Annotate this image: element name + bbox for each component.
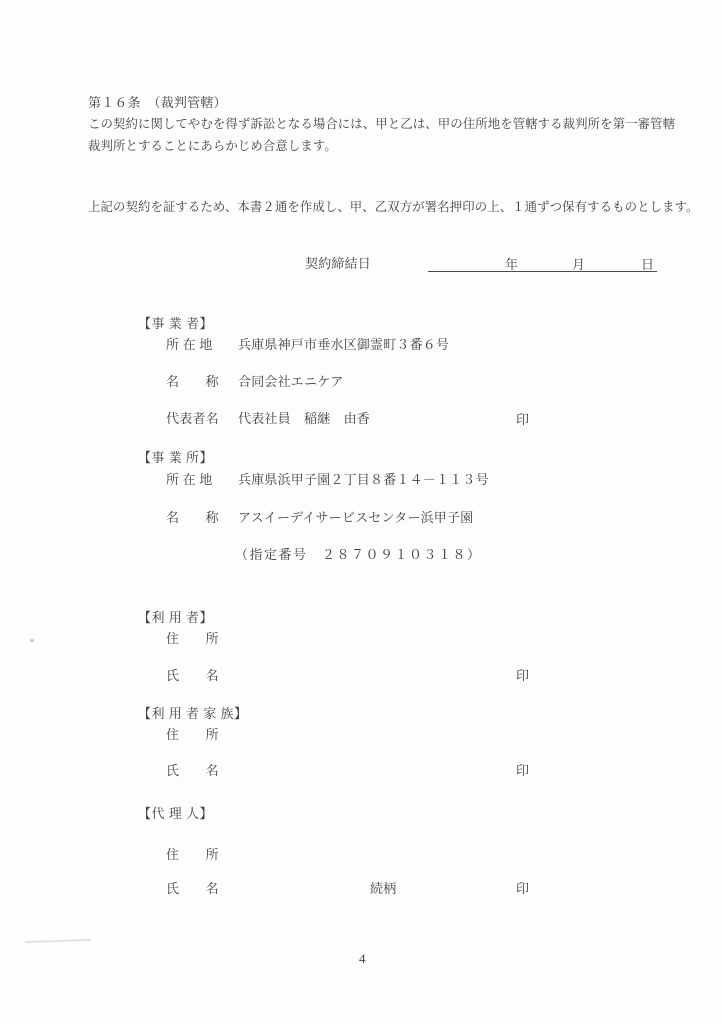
agent-section-title: 【代 理 人】 [138, 806, 213, 822]
contract-document-page: 第１６条 （裁判管轄） この契約に関してやむを得ず訴訟となる場合には、甲と乙は、… [0, 0, 723, 1024]
day-label: 日 [641, 254, 654, 273]
closing-statement: 上記の契約を証するため、本書２通を作成し、甲、乙双方が署名押印の上、１通ずつ保有… [88, 200, 699, 216]
office-section-title: 【事 業 所】 [138, 450, 213, 466]
provider-name-label: 名 称 [166, 374, 219, 390]
execution-date-label: 契約締結日 [305, 256, 371, 272]
scan-speck [30, 639, 34, 642]
article-heading: 第１６条 （裁判管轄） [88, 95, 227, 111]
scan-smudge [25, 939, 91, 943]
office-name-value: アスイーデイサービスセンター浜甲子園 [238, 510, 473, 526]
user-family-address-label: 住 所 [166, 727, 219, 743]
user-section-title: 【利 用 者】 [138, 610, 213, 626]
year-label: 年 [505, 254, 518, 273]
user-family-section-title: 【利 用 者 家 族】 [138, 706, 248, 722]
user-address-label: 住 所 [166, 631, 219, 647]
month-label: 月 [572, 254, 585, 273]
user-seal-mark: 印 [516, 668, 529, 684]
article-body-line-2: 裁判所とすることにあらかじめ合意します。 [88, 139, 337, 155]
agent-seal-mark: 印 [516, 881, 529, 897]
provider-seal-mark: 印 [516, 412, 529, 428]
provider-address-value: 兵庫県神戸市垂水区御霊町３番６号 [238, 337, 449, 353]
agent-name-label: 氏 名 [166, 881, 219, 897]
page-number: 4 [359, 951, 366, 967]
provider-representative-value: 代表社員 稲継 由香 [238, 411, 370, 427]
user-family-seal-mark: 印 [516, 763, 529, 779]
office-address-label: 所 在 地 [166, 472, 213, 488]
agent-relationship-label: 続柄 [370, 881, 396, 897]
office-address-value: 兵庫県浜甲子園２丁目８番１４－１１３号 [238, 472, 489, 488]
provider-address-label: 所 在 地 [166, 337, 213, 353]
office-designation-number: （指定番号 ２８７０９１０３１８） [235, 547, 482, 563]
user-family-name-label: 氏 名 [166, 763, 219, 779]
office-name-label: 名 称 [166, 510, 219, 526]
article-body-line-1: この契約に関してやむを得ず訴訟となる場合には、甲と乙は、甲の住所地を管轄する裁判… [88, 117, 675, 133]
provider-name-value: 合同会社エニケア [238, 374, 344, 390]
provider-section-title: 【事 業 者】 [138, 316, 213, 332]
execution-date-blank-line: 年 月 日 [428, 252, 657, 272]
agent-address-label: 住 所 [166, 847, 219, 863]
user-name-label: 氏 名 [166, 668, 219, 684]
provider-representative-label: 代表者名 [166, 411, 219, 427]
